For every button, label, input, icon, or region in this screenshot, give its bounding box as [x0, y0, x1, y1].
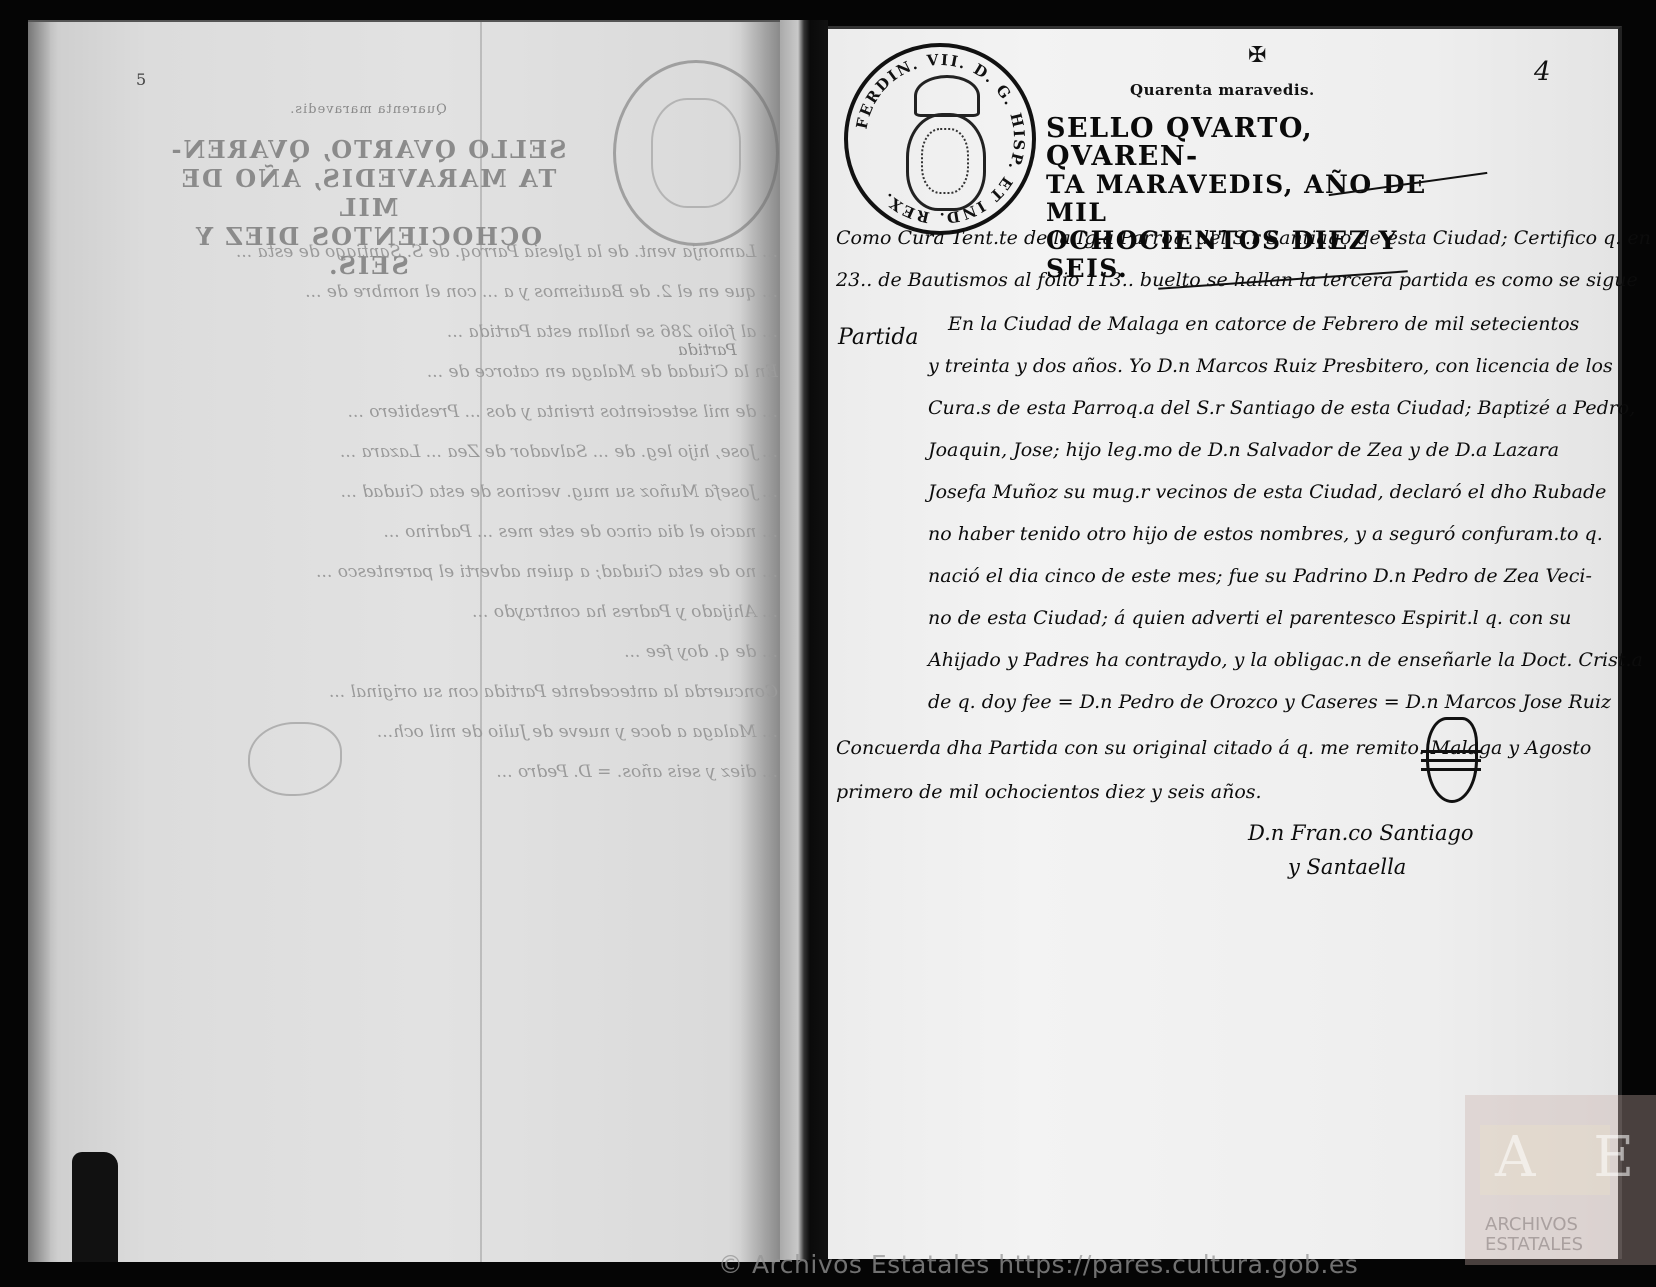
- entry-line: no haber tenido otro hijo de estos nombr…: [928, 523, 1603, 545]
- logo-sub-line: ARCHIVOS: [1485, 1215, 1583, 1235]
- logo-letters: A E: [1495, 1125, 1654, 1190]
- signature-name: D.n Fran.co Santiago: [1248, 821, 1474, 845]
- left-page-verso: 5 Quarenta maravedis. SELLO QVARTO, QVAR…: [28, 20, 780, 1262]
- bleed-line: Concuerda la antecedente Partida con su …: [78, 672, 778, 712]
- left-page-mark: 5: [136, 70, 146, 89]
- bleed-title-line: SELLO QVARTO, QVAREN-: [168, 135, 568, 164]
- bleed-line: ... al folio 286 se hallan esta Partida …: [78, 312, 778, 352]
- bleed-through-handwriting: ... Lamonja vent. de la Iglesia Parroq. …: [78, 232, 778, 792]
- intro-line: Como Cura Tent.te de la Ig.a Parroq. del…: [836, 227, 1656, 249]
- bleed-line: ... de mil setecientos treinta y dos ...…: [78, 392, 778, 432]
- copyright-watermark: © Archivos Estatales https://pares.cultu…: [718, 1250, 1358, 1279]
- entry-line: Josefa Muñoz su mug.r vecinos de esta Ci…: [928, 481, 1606, 503]
- entry-line: Cura.s de esta Parroq.a del S.r Santiago…: [928, 397, 1635, 419]
- closing-line: primero de mil ochocientos diez y seis a…: [836, 781, 1262, 803]
- royal-seal-icon: FERDIN. VII. D. G. HISP. ET IND. REX.: [844, 43, 1036, 235]
- folio-number: 4: [1534, 57, 1551, 87]
- intro-line: 23.. de Bautismos al folio 113.. buelto …: [836, 269, 1638, 291]
- entry-line: no de esta Ciudad; á quien adverti el pa…: [928, 607, 1571, 629]
- entry-line: de q. doy fee = D.n Pedro de Orozco y Ca…: [928, 691, 1611, 713]
- margin-label-partida: Partida: [838, 325, 919, 350]
- signature-surname: y Santaella: [1288, 855, 1406, 879]
- bleed-line: ... Malaga a doce y nueve de Julio de mi…: [78, 712, 778, 752]
- bleed-line: ... Lamonja vent. de la Iglesia Parroq. …: [78, 232, 778, 272]
- crown-icon: [914, 75, 980, 117]
- coat-of-arms-icon: [906, 113, 986, 211]
- bleed-line: ... diez y seis años. = D. Pedro ...: [78, 752, 778, 792]
- stamp-title-line: TA MARAVEDIS, AÑO DE MIL: [1046, 171, 1466, 227]
- bleed-line: ... Ahijado y Padres ha contraydo ...: [78, 592, 778, 632]
- stamp-title: SELLO QVARTO, QVAREN- TA MARAVEDIS, AÑO …: [1046, 115, 1466, 283]
- archival-scan-background: 5 Quarenta maravedis. SELLO QVARTO, QVAR…: [0, 0, 1656, 1287]
- bleed-through-rubric-icon: [248, 722, 342, 796]
- logo-sub-line: ESTATALES: [1485, 1235, 1583, 1255]
- signature-rubric-icon: [1426, 717, 1478, 803]
- bleed-line: ... nacio el dia cinco de este mes ... P…: [78, 512, 778, 552]
- archivos-estatales-logo: A E ARCHIVOS ESTATALES: [1465, 1095, 1656, 1265]
- logo-subtitle: ARCHIVOS ESTATALES: [1485, 1215, 1583, 1255]
- bleed-title-line: TA MARAVEDIS, AÑO DE MIL: [168, 164, 568, 222]
- left-page-edge: [28, 22, 50, 1262]
- bleed-through-seal-icon: [613, 60, 779, 246]
- bleed-line: En la Ciudad de Malaga en catorce de ...: [78, 352, 778, 392]
- bleed-small-header: Quarenta maravedis.: [168, 102, 568, 117]
- bleed-line: ... Jose, hijo leg. de ... Salvador de Z…: [78, 432, 778, 472]
- stamp-value-header: Quarenta maravedis.: [1130, 81, 1315, 99]
- closing-line: Concuerda dha Partida con su original ci…: [836, 737, 1591, 759]
- entry-line: Ahijado y Padres ha contraydo, y la obli…: [928, 649, 1643, 671]
- cross-icon: ✠: [1248, 43, 1266, 68]
- entry-line: Joaquin, Jose; hijo leg.mo de D.n Salvad…: [928, 439, 1559, 461]
- bleed-line: ... que en el 2. de Bautismos y a ... co…: [78, 272, 778, 312]
- entry-line: nació el dia cinco de este mes; fue su P…: [928, 565, 1592, 587]
- paper-tear: [72, 1152, 118, 1262]
- bleed-line: ... de q. doy fee ...: [78, 632, 778, 672]
- book-spine-gutter: [780, 20, 828, 1260]
- bleed-line: ... no de esta Ciudad; a quien adverti e…: [78, 552, 778, 592]
- entry-line: En la Ciudad de Malaga en catorce de Feb…: [948, 313, 1579, 335]
- stamp-title-line: SELLO QVARTO, QVAREN-: [1046, 115, 1466, 171]
- entry-line: y treinta y dos años. Yo D.n Marcos Ruiz…: [928, 355, 1613, 377]
- right-page-recto: FERDIN. VII. D. G. HISP. ET IND. REX. ✠ …: [828, 26, 1622, 1259]
- bleed-line: ... Josefa Muñoz su mug. vecinos de esta…: [78, 472, 778, 512]
